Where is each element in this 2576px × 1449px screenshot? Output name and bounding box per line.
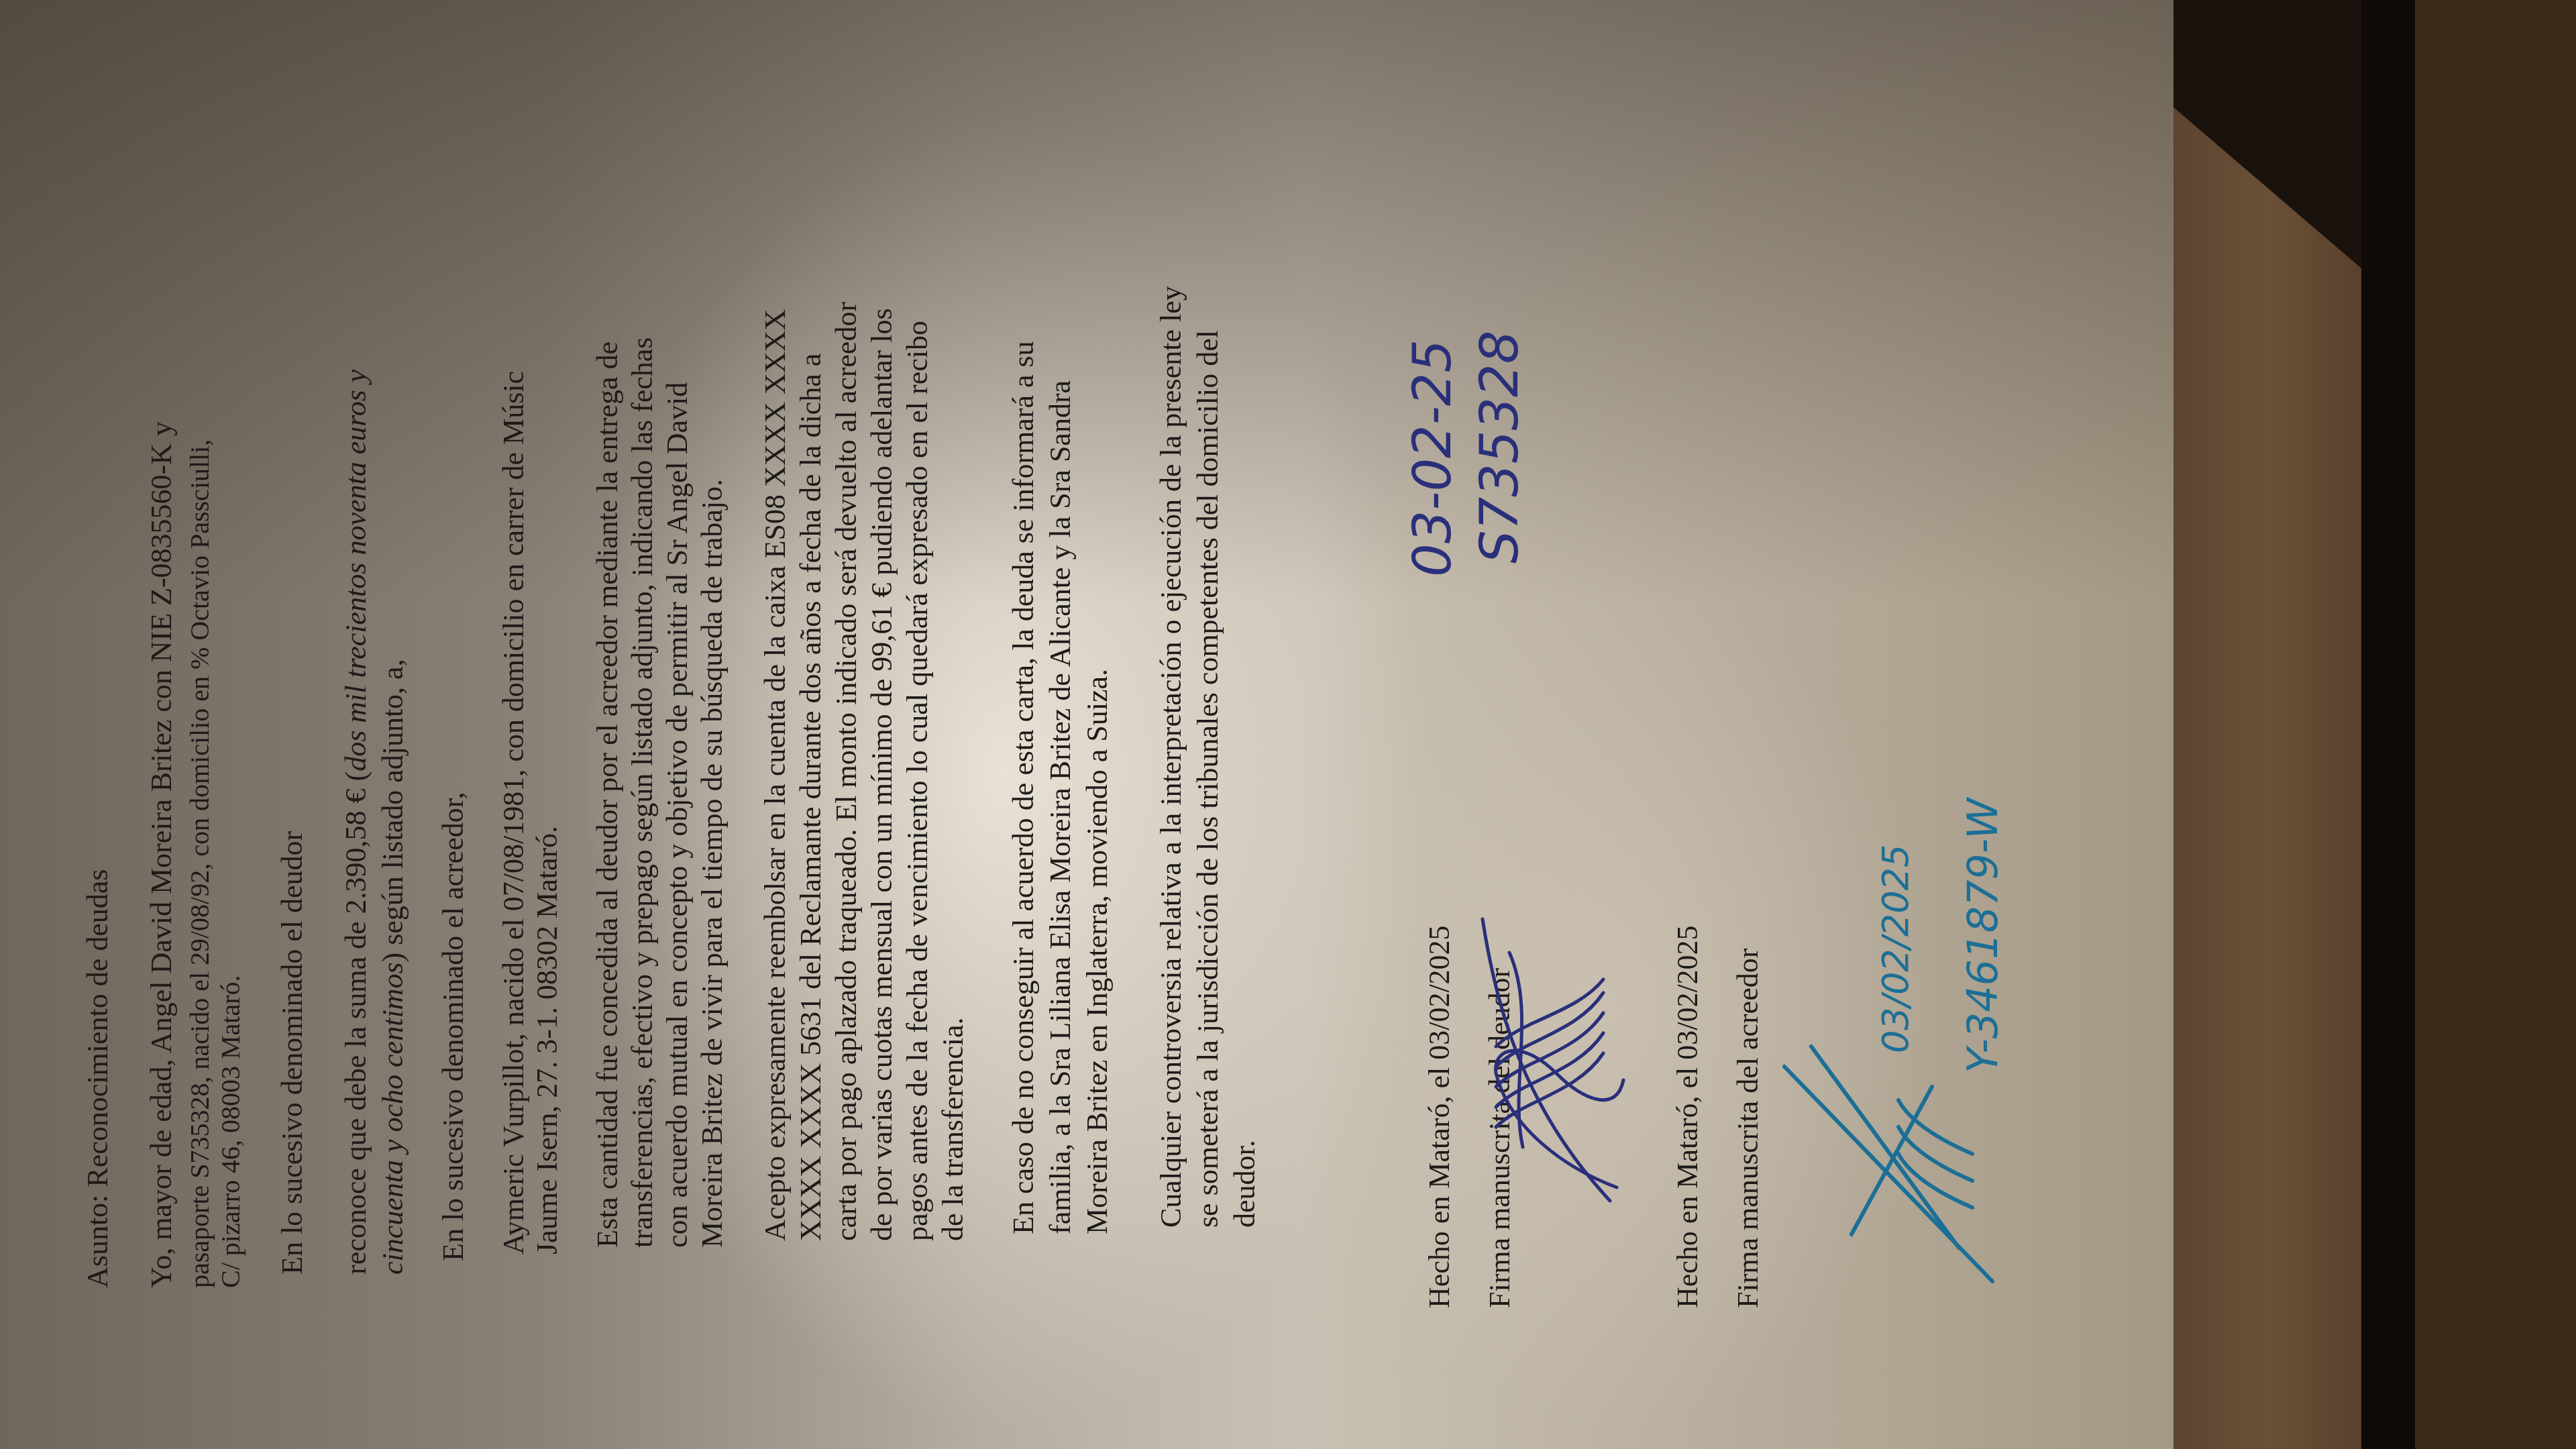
document-page: Asunto: Reconocimiento de deudas Yo, may… bbox=[0, 0, 2012, 1449]
debtor-label: En lo sucesivo denominado el deudor bbox=[275, 831, 310, 1275]
background-gap bbox=[2361, 0, 2415, 1449]
creditor-place-date: Hecho en Mataró, el 03/02/2025 bbox=[1670, 925, 1705, 1308]
debtor-handwritten-id: S735328 bbox=[1483, 331, 1517, 563]
creditor-signature-scribble bbox=[1771, 1033, 2026, 1288]
debtor-place-date: Hecho en Mataró, el 03/02/2025 bbox=[1422, 925, 1457, 1308]
creditor-signature-label: Firma manuscrita del acreedor bbox=[1731, 949, 1766, 1308]
debtor-handwritten-date: 03-02-25 bbox=[1415, 339, 1450, 577]
background-surface bbox=[2415, 0, 2576, 1449]
creditor-handwritten-id: Y-3461879-W bbox=[1966, 798, 2000, 1073]
debtor-signature-scribble bbox=[1483, 912, 1637, 1207]
creditor-handwritten-date: 03/02/2025 bbox=[1878, 845, 1913, 1053]
creditor-label: En lo sucesivo denominado el acreedor, bbox=[436, 792, 471, 1261]
subject-line: Asunto: Reconocimiento de deudas bbox=[80, 869, 115, 1288]
background-sheet bbox=[2173, 107, 2361, 1449]
